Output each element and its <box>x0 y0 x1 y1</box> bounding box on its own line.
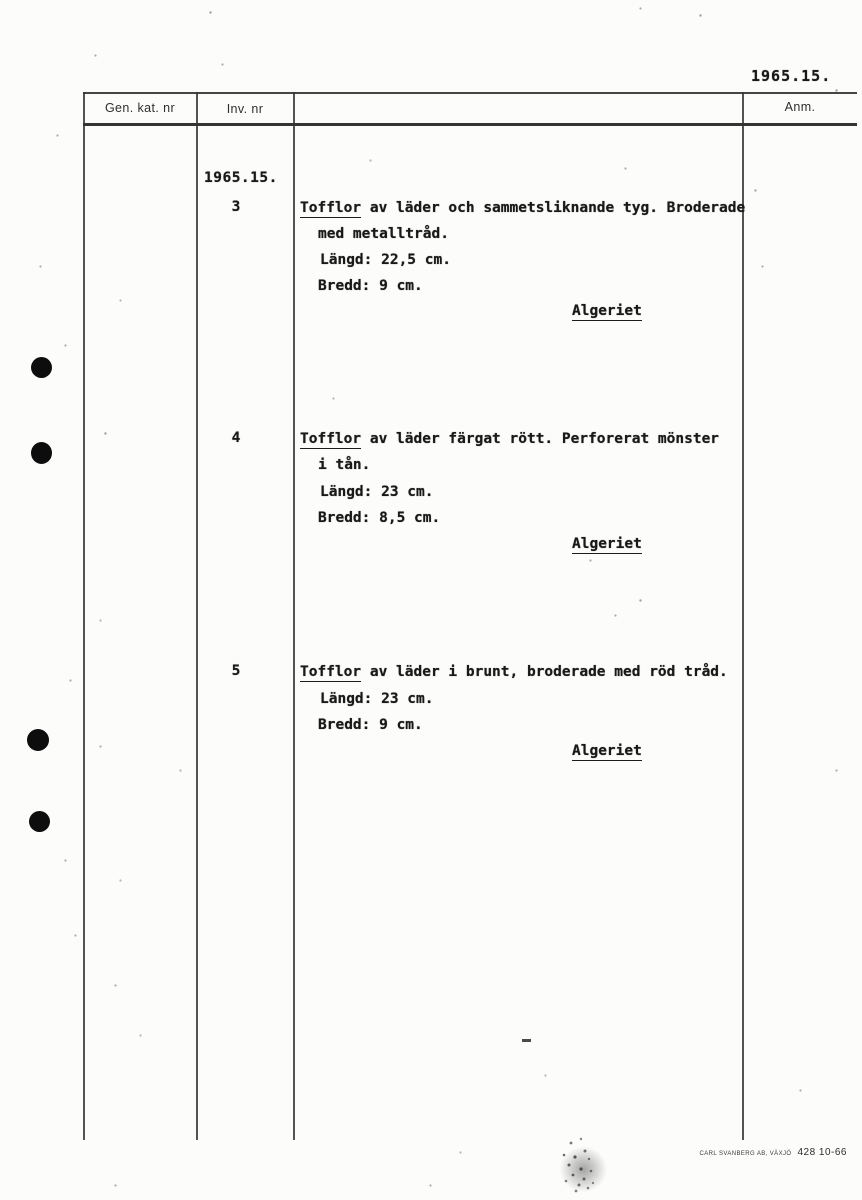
column-header-anm: Anm. <box>743 100 857 114</box>
entry-description-line2: i tån. <box>318 456 370 474</box>
entry-description-rest: av läder i brunt, broderade med röd tråd… <box>361 664 728 680</box>
printer-name: CARL SVANBERG AB, VÄXJÖ <box>700 1151 792 1157</box>
column-header-gen-kat-nr: Gen. kat. nr <box>84 101 196 115</box>
punch-hole <box>31 357 52 378</box>
ink-smudge <box>549 1127 615 1200</box>
table-header-underline <box>83 123 857 126</box>
entry-origin: Algeriet <box>572 302 642 320</box>
punch-hole <box>31 442 52 464</box>
entry-description-line1: Tofflor av läder i brunt, broderade med … <box>300 663 728 681</box>
entry-origin: Algeriet <box>572 535 642 553</box>
table-top-border <box>83 92 857 94</box>
scan-noise-specks <box>0 0 1 1</box>
entry-inv-nr: 4 <box>221 429 251 447</box>
column-divider-anm <box>742 92 744 1140</box>
entry-description-rest: av läder och sammetsliknande tyg. Broder… <box>361 200 745 216</box>
entry-object-name: Tofflor <box>300 664 361 682</box>
entry-inv-nr: 5 <box>221 662 251 680</box>
entry-origin: Algeriet <box>572 742 642 760</box>
entry-object-name: Tofflor <box>300 431 361 449</box>
column-header-inv-nr: Inv. nr <box>197 102 293 116</box>
page-number: 1965.15. <box>751 67 831 85</box>
entry-width: Bredd: 8,5 cm. <box>318 509 440 527</box>
table-left-border <box>83 92 85 1140</box>
entry-length: Längd: 23 cm. <box>320 690 434 708</box>
entry-inv-nr: 3 <box>221 198 251 216</box>
entry-length: Längd: 23 cm. <box>320 483 434 501</box>
ink-smudge-speckle <box>578 1160 580 1162</box>
printer-code: 428 10-66 <box>797 1147 847 1158</box>
entry-length: Längd: 22,5 cm. <box>320 251 451 269</box>
stray-mark <box>522 1039 531 1042</box>
column-divider-inv-nr <box>293 92 295 1140</box>
column-divider-gen-kat <box>196 92 198 1140</box>
entry-object-name: Tofflor <box>300 200 361 218</box>
printer-credit: CARL SVANBERG AB, VÄXJÖ 428 10-66 <box>700 1147 847 1158</box>
punch-hole <box>27 729 49 751</box>
catalog-year-heading: 1965.15. <box>204 169 278 187</box>
entry-description-line1: Tofflor av läder och sammetsliknande tyg… <box>300 199 745 217</box>
scanned-catalog-page: 1965.15. Gen. kat. nr Inv. nr Anm. 1965.… <box>0 0 862 1200</box>
entry-description-rest: av läder färgat rött. Perforerat mönster <box>361 431 719 447</box>
entry-description-line2: med metalltråd. <box>318 225 449 243</box>
entry-width: Bredd: 9 cm. <box>318 277 423 295</box>
entry-width: Bredd: 9 cm. <box>318 716 423 734</box>
entry-description-line1: Tofflor av läder färgat rött. Perforerat… <box>300 430 719 448</box>
punch-hole <box>29 811 50 832</box>
